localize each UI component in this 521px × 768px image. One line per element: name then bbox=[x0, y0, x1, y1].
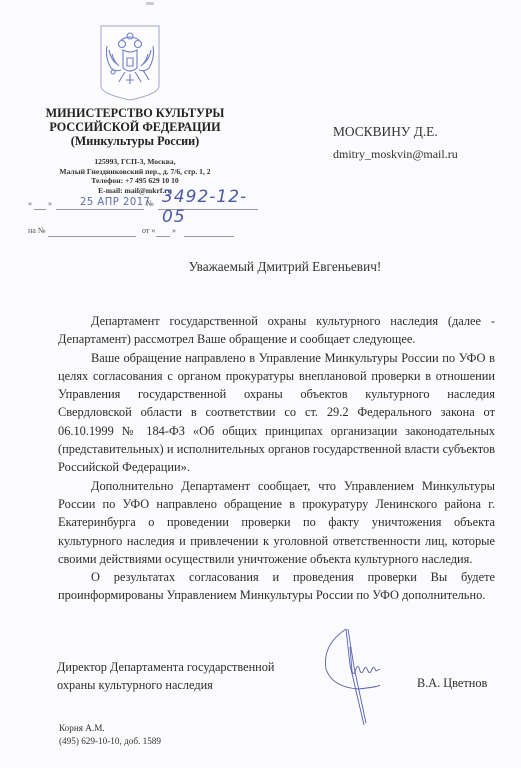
reply-number-blank bbox=[48, 226, 136, 237]
paragraph: Ваше обращение направлено в Управление М… bbox=[58, 349, 495, 477]
from-date-blank bbox=[184, 226, 234, 237]
quote-close: » bbox=[48, 199, 52, 208]
address-line1: 125993, ГСП-3, Москва, bbox=[10, 157, 260, 167]
russian-coat-of-arms-icon bbox=[99, 24, 161, 102]
paragraph: Дополнительно Департамент сообщает, что … bbox=[58, 477, 495, 568]
executor-name: Корня А.М. bbox=[59, 722, 161, 735]
handwritten-signature-icon bbox=[318, 625, 398, 735]
recipient-email: dmitry_moskvin@mail.ru bbox=[333, 147, 458, 162]
signatory-title: Директор Департамента государственной ох… bbox=[57, 658, 275, 694]
scan-mark bbox=[146, 2, 154, 5]
ministry-line2: РОССИЙСКОЙ ФЕДЕРАЦИИ bbox=[10, 120, 260, 134]
signatory-title-line1: Директор Департамента государственной bbox=[57, 658, 275, 676]
signatory-title-line2: охраны культурного наследия bbox=[57, 676, 275, 694]
executor-phone: (495) 629-10-10, доб. 1589 bbox=[59, 735, 161, 748]
ministry-phone: Телефон: +7 495 629 10 10 bbox=[10, 176, 260, 186]
letter-body: Департамент государственной охраны культ… bbox=[58, 312, 495, 605]
signatory-name: В.А. Цветнов bbox=[417, 676, 487, 691]
from-close: » bbox=[172, 226, 176, 235]
from-day-blank bbox=[156, 226, 170, 237]
registration-line: « » 25 АПР 2017 № 3492-12-05 bbox=[28, 193, 268, 213]
registration-number: 3492-12-05 bbox=[162, 187, 268, 227]
date-stamp: 25 АПР 2017 bbox=[80, 197, 150, 209]
number-label: № bbox=[146, 199, 154, 208]
paragraph: Департамент государственной охраны культ… bbox=[58, 312, 495, 349]
paragraph: О результатах согласования и проведения … bbox=[58, 568, 495, 605]
greeting: Уважаемый Дмитрий Евгеньевич! bbox=[100, 259, 470, 275]
quote-open: « bbox=[28, 199, 32, 208]
from-label: от « bbox=[142, 226, 155, 235]
ministry-short-name: (Минкультуры России) bbox=[10, 134, 260, 148]
recipient-name: МОСКВИНУ Д.Е. bbox=[333, 124, 438, 140]
reply-to-line: на № от « » bbox=[28, 222, 268, 242]
executor-info: Корня А.М. (495) 629-10-10, доб. 1589 bbox=[59, 722, 161, 747]
day-blank bbox=[34, 199, 46, 210]
address-line2: Малый Гнездниковский пер., д. 7/6, стр. … bbox=[10, 167, 260, 177]
ministry-line1: МИНИСТЕРСТВО КУЛЬТУРЫ bbox=[10, 106, 260, 120]
ministry-name: МИНИСТЕРСТВО КУЛЬТУРЫ РОССИЙСКОЙ ФЕДЕРАЦ… bbox=[10, 106, 260, 148]
reply-to-label: на № bbox=[28, 226, 45, 235]
